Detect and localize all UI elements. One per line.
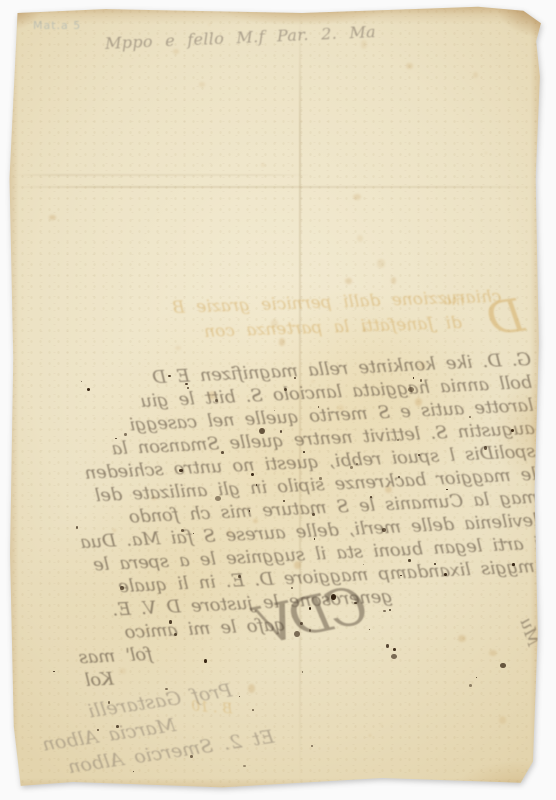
ink-blot	[221, 451, 224, 454]
ink-blot	[512, 563, 514, 566]
ink-blot	[133, 771, 134, 772]
ink-blot	[389, 609, 391, 611]
ink-blot	[284, 388, 287, 391]
ink-blot	[393, 648, 396, 651]
text-fragment: B . 10	[190, 699, 232, 718]
ink-blot	[280, 430, 283, 433]
ink-blot	[370, 496, 372, 498]
foxing-spot	[261, 163, 265, 166]
text-fragment: ma	[443, 292, 465, 309]
ink-blot	[354, 602, 356, 604]
ink-blot	[251, 473, 254, 476]
recto-bleed-block: chiaruzzione dalli pernicie grazie Bdi J…	[61, 285, 502, 350]
ink-blot	[115, 438, 117, 440]
ink-blot	[185, 383, 188, 385]
ink-blot	[97, 729, 98, 730]
ink-blot	[238, 575, 241, 578]
foxing-spot	[361, 40, 368, 49]
ink-blot	[309, 629, 312, 632]
ink-blot	[391, 654, 397, 659]
ink-blot	[243, 765, 245, 767]
foxing-spot	[380, 723, 382, 725]
ink-blot	[252, 709, 254, 711]
foxing-spot	[406, 63, 413, 69]
ink-blot	[311, 745, 313, 747]
archival-inscription: Mppo e fello M.f Par. 2. Ma	[105, 22, 377, 53]
ink-blot	[356, 463, 357, 465]
foxing-spot	[199, 82, 205, 88]
ink-blot	[294, 631, 300, 637]
ink-blot	[319, 477, 322, 479]
manuscript-page: Mppo e fello M.f Par. 2. Ma D chiaruzzio…	[9, 6, 542, 789]
ink-blot	[408, 559, 410, 562]
handwriting-line: Kol	[85, 668, 115, 692]
foxing-spot	[473, 72, 478, 78]
ink-blot	[215, 496, 221, 501]
ink-blot	[383, 610, 385, 612]
ink-blot	[398, 476, 399, 477]
fold-crease-horizontal	[13, 186, 538, 188]
ink-blot	[382, 528, 385, 532]
foxing-spot	[345, 278, 352, 284]
foxing-spot	[391, 277, 396, 283]
foxing-spot	[175, 346, 181, 351]
foxing-spot	[499, 716, 506, 724]
foxing-spot	[208, 23, 211, 26]
foxing-spot	[49, 215, 56, 220]
ink-blot	[190, 755, 193, 758]
text-fragment: Mat.a 5	[33, 19, 81, 32]
foxing-spot	[353, 194, 361, 200]
foxing-spot	[377, 259, 385, 268]
ink-blot	[120, 586, 123, 590]
foxing-spot	[369, 734, 372, 737]
handwriting-line: fol' mas	[79, 643, 154, 670]
foxing-spot	[357, 235, 364, 242]
ink-blot	[413, 377, 414, 378]
ink-blot	[300, 622, 303, 625]
ink-blot	[469, 684, 473, 687]
ink-blot	[500, 663, 506, 668]
ink-blot	[434, 563, 436, 565]
ink-blot	[446, 489, 448, 491]
ink-blot	[476, 677, 477, 678]
ink-blot	[215, 399, 218, 402]
scanned-document: Mppo e fello M.f Par. 2. Ma D chiaruzzio…	[0, 0, 556, 800]
foxing-spot	[485, 152, 488, 155]
ink-blot	[312, 513, 315, 516]
ink-blot	[174, 633, 177, 636]
ink-blot	[350, 466, 353, 469]
ink-blot	[331, 594, 336, 599]
manuscript-page-wrap: Mppo e fello M.f Par. 2. Ma D chiaruzzio…	[9, 6, 542, 789]
fold-crease-horizontal-2	[13, 174, 313, 176]
ink-blot	[318, 406, 319, 407]
